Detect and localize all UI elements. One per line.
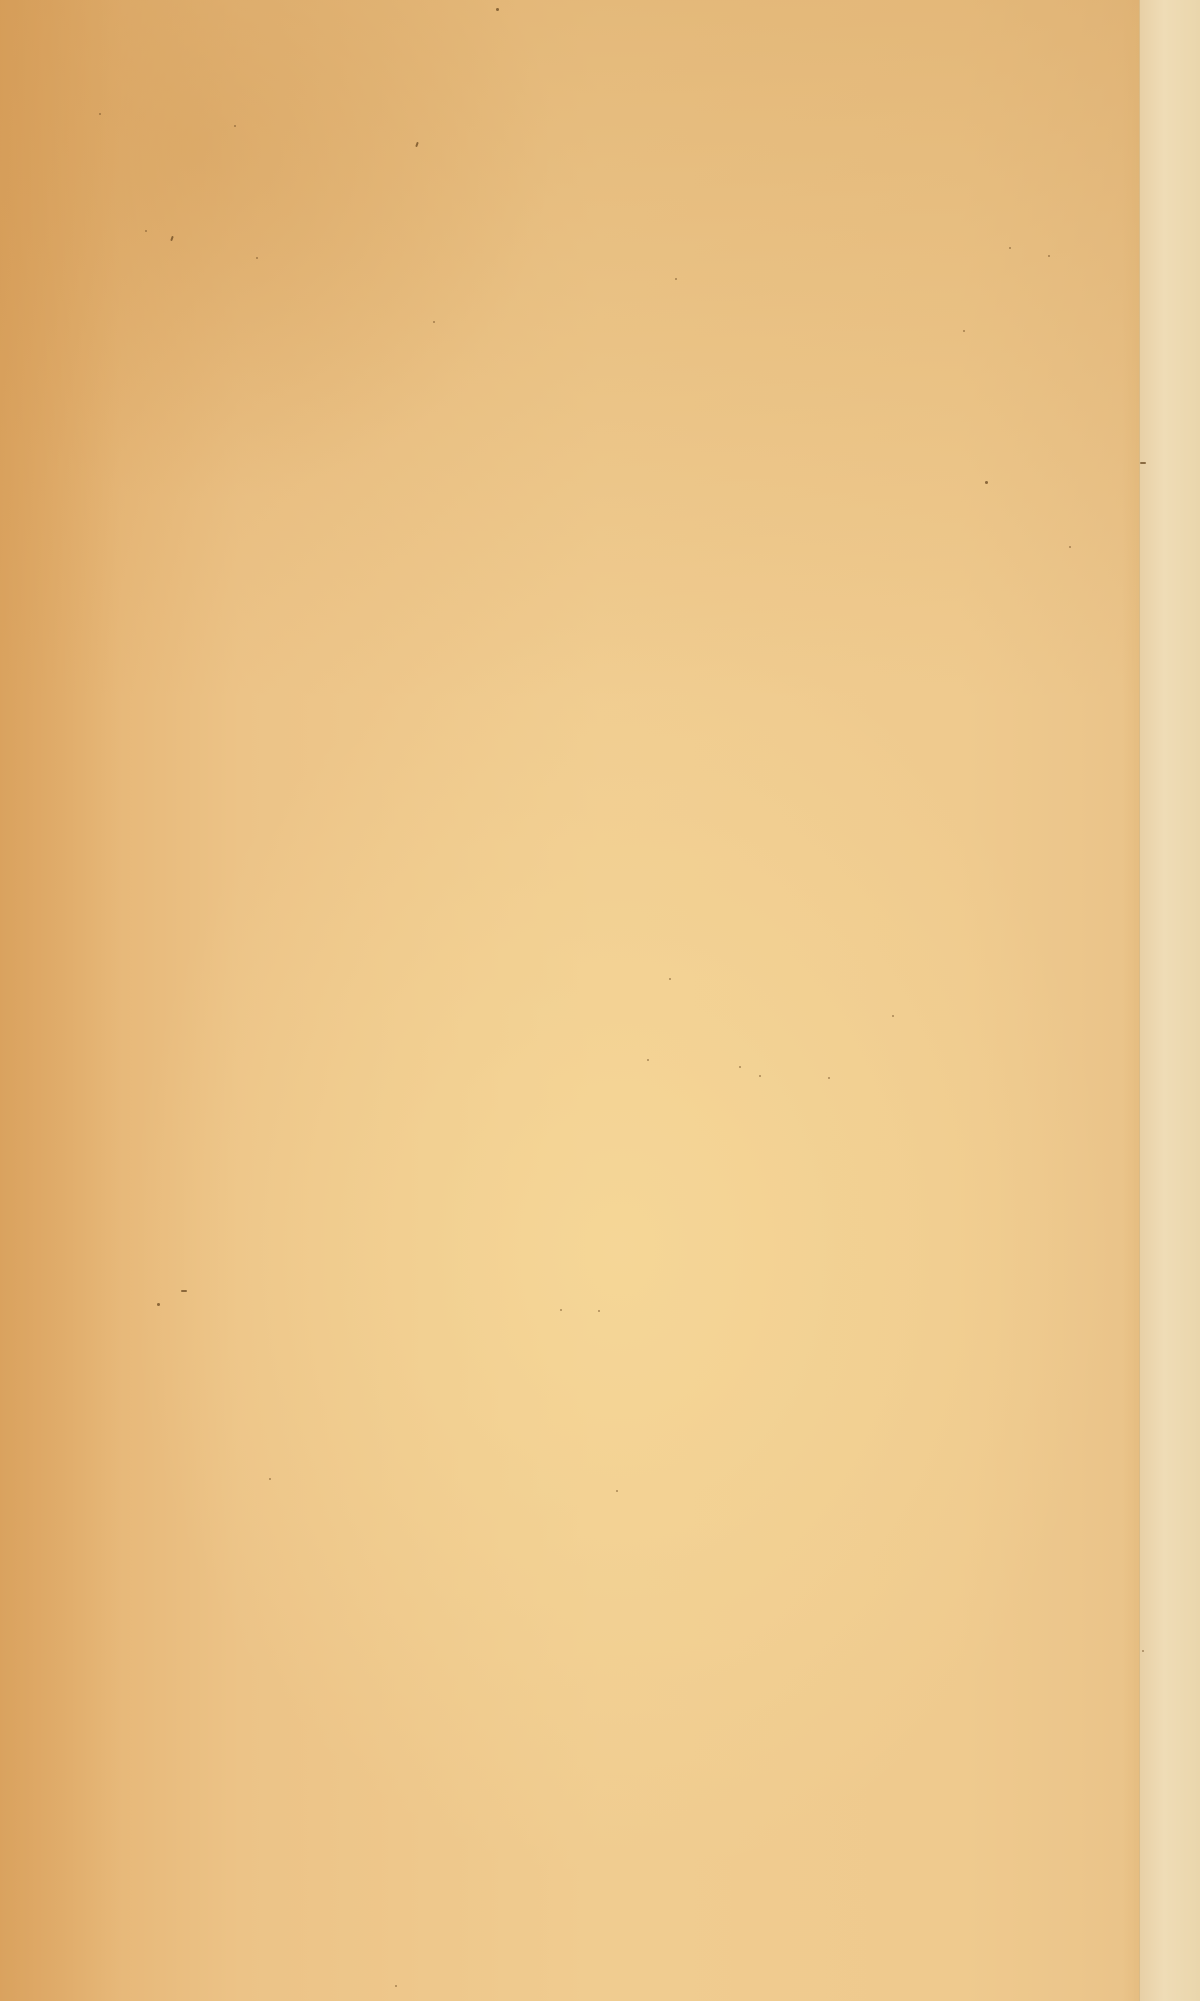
paper-speck [1009, 247, 1011, 249]
blank-paper-page [0, 0, 1200, 2001]
paper-top-shading [0, 0, 1145, 700]
paper-speck [669, 978, 671, 980]
paper-speck [828, 1077, 830, 1079]
paper-speck [1140, 462, 1146, 464]
paper-speck [181, 1290, 187, 1292]
paper-speck [892, 1015, 894, 1017]
paper-speck [1069, 546, 1071, 548]
paper-speck [395, 1985, 397, 1987]
page-edge-shadow [1122, 0, 1140, 2001]
paper-speck [1048, 255, 1050, 257]
paper-speck [256, 257, 258, 259]
paper-speck [99, 113, 101, 115]
paper-speck [433, 321, 435, 323]
paper-speck [985, 481, 988, 484]
paper-speck [1142, 1650, 1144, 1652]
paper-speck [560, 1309, 562, 1311]
fore-edge-strip [1139, 0, 1200, 2001]
paper-speck [598, 1310, 600, 1312]
paper-left-shading [0, 0, 120, 2001]
paper-speck [496, 8, 499, 11]
paper-speck [739, 1066, 741, 1068]
paper-speck [675, 278, 677, 280]
paper-speck [234, 125, 236, 127]
paper-speck [157, 1303, 160, 1306]
paper-speck [963, 330, 965, 332]
paper-speck [647, 1059, 649, 1061]
paper-speck [759, 1075, 761, 1077]
paper-speck [145, 230, 147, 232]
paper-speck [269, 1478, 271, 1480]
paper-speck [616, 1490, 618, 1492]
